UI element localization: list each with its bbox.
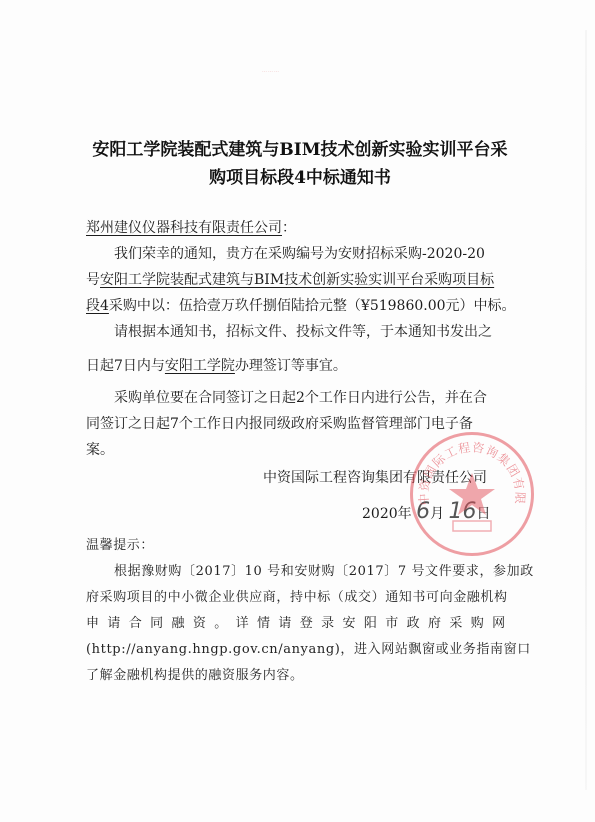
tip-char: 。 xyxy=(214,614,228,634)
tips-line4-url: (http://anyang.hngp.gov.cn/anyang)，进入网站飘… xyxy=(86,640,531,660)
tip-char: 采 xyxy=(449,614,463,634)
recipient-colon: ： xyxy=(282,220,296,236)
tip-char: 请 xyxy=(107,614,121,634)
tip-char: 网 xyxy=(492,614,506,634)
company-seal: 中资国际工程咨询集团有限责任公司 xyxy=(410,432,534,556)
tip-char: 录 xyxy=(321,614,335,634)
para1-line3: 段4采购中以：伍拾壹万玖仟捌佰陆拾元整（¥519860.00元）中标。 xyxy=(86,296,516,316)
para1-line2: 号安阳工学院装配式建筑与BIM技术创新实验实训平台采购项目标 xyxy=(86,270,494,290)
para1-line2-prefix: 号 xyxy=(86,272,100,288)
para1-line1: 我们荣幸的通知，贵方在采购编号为安财招标采购-2020-20 xyxy=(114,244,485,264)
para3-line1: 采购单位要在合同签订之日起2个工作日内进行公告，并在合 xyxy=(114,388,487,408)
recipient-name: 郑州建仪仪器科技有限责任公司 xyxy=(86,220,282,236)
tips-heading: 温馨提示： xyxy=(86,536,154,556)
para3-line2: 同签订之日起7个工作日内报同级政府采购监督管理部门电子备 xyxy=(86,414,473,434)
para2-line2-prefix: 日起7日内与 xyxy=(86,358,165,374)
para2-line2: 日起7日内与安阳工学院办理签订等事宜。 xyxy=(86,356,347,376)
tips-line5: 了解金融机构提供的融资服务内容。 xyxy=(86,666,304,686)
tip-char: 市 xyxy=(385,614,399,634)
purchaser-underlined: 安阳工学院 xyxy=(165,358,235,374)
recipient-line: 郑州建仪仪器科技有限责任公司： xyxy=(86,218,296,238)
project-name-underlined: 安阳工学院装配式建筑与BIM技术创新实验实训平台采购项目标 xyxy=(100,272,494,288)
para2-line1: 请根据本通知书，招标文件、投标文件等，于本通知书发出之 xyxy=(114,322,492,342)
tip-char: 购 xyxy=(471,614,485,634)
tip-char: 阳 xyxy=(364,614,378,634)
tip-char: 申 xyxy=(86,614,100,634)
tip-char: 同 xyxy=(150,614,164,634)
tips-line3: 申 请 合 同 融 资 。 详 情 请 登 录 安 阳 市 政 府 采 购 网 xyxy=(86,614,506,634)
tip-char: 请 xyxy=(278,614,292,634)
para3-line3: 案。 xyxy=(86,440,114,460)
tip-char: 登 xyxy=(300,614,314,634)
lot-number-underlined: 段4 xyxy=(86,298,109,314)
scan-edge-shadow xyxy=(585,30,587,790)
tips-line2: 府采购项目的中小微企业供应商，持中标（成交）通知书可向金融机构 xyxy=(86,588,508,608)
tip-char: 合 xyxy=(129,614,143,634)
seal-star-icon: 中资国际工程咨询集团有限责任公司 xyxy=(413,435,531,553)
title-line-2: 购项目标段4中标通知书 xyxy=(60,164,540,192)
tip-char: 府 xyxy=(428,614,442,634)
award-amount-text: 采购中以：伍拾壹万玖仟捌佰陆拾元整（¥519860.00元）中标。 xyxy=(109,298,516,314)
tips-line1: 根据豫财购〔2017〕10 号和安财购〔2017〕7 号文件要求，参加政 xyxy=(114,562,534,582)
tip-char: 情 xyxy=(257,614,271,634)
date-year: 2020年 xyxy=(362,506,412,522)
tip-char: 安 xyxy=(343,614,357,634)
tip-char: 融 xyxy=(172,614,186,634)
tip-char: 资 xyxy=(193,614,207,634)
para2-line2-rest: 办理签订等事宜。 xyxy=(235,358,347,374)
top-stamp-mark: ……… xyxy=(262,68,280,74)
tip-char: 政 xyxy=(407,614,421,634)
document-title: 安阳工学院装配式建筑与BIM技术创新实验实训平台采 购项目标段4中标通知书 xyxy=(60,136,540,192)
tip-char: 详 xyxy=(236,614,250,634)
document-page: ……… 安阳工学院装配式建筑与BIM技术创新实验实训平台采 购项目标段4中标通知… xyxy=(0,0,595,822)
title-line-1: 安阳工学院装配式建筑与BIM技术创新实验实训平台采 xyxy=(60,136,540,164)
